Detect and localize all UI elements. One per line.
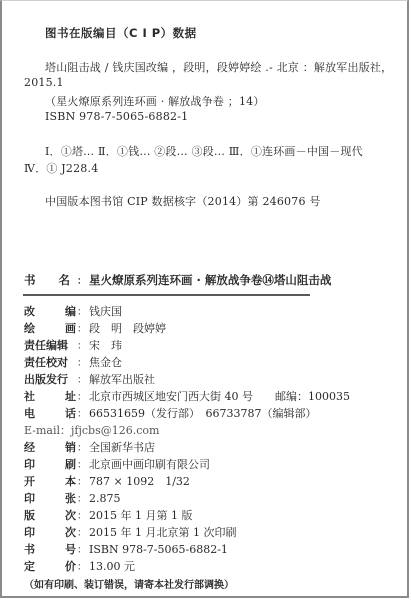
row-value: 北京市西城区地安门西大街 40 号 邮编：100035	[89, 388, 350, 404]
colon: ：	[77, 473, 87, 488]
row-label: 经销	[24, 439, 76, 455]
row-value: 13.00 元	[89, 558, 135, 574]
colon: ：	[77, 272, 87, 287]
colophon-row-illustrator: 绘画 ： 段 明 段婷婷	[24, 320, 166, 336]
colon: ：	[77, 541, 87, 556]
colon: ：	[77, 507, 87, 522]
colophon-row-price: 定价 ： 13.00 元	[24, 558, 135, 574]
colon: ：	[77, 320, 87, 335]
row-label: 出版发行	[24, 371, 76, 387]
row-value: 2015 年 1 月第 1 版	[89, 507, 192, 523]
colophon-row-distributor: 经销 ： 全国新华书店	[24, 439, 155, 455]
cip-verification-number: 中国版本图书馆 CIP 数据核字（2014）第 246076 号	[45, 193, 321, 209]
email-text: E-mail：jfjcbs@126.com	[24, 422, 159, 438]
row-label: 改编	[24, 303, 76, 319]
row-label: 印刷	[24, 456, 76, 472]
cip-heading: 图书在版编目（C I P）数据	[45, 25, 197, 41]
row-label: 社址	[24, 388, 76, 404]
row-value: 全国新华书店	[89, 439, 155, 455]
cip-classification-line-2: Ⅳ．① J228.4	[24, 160, 98, 176]
row-label: 书号	[24, 541, 76, 557]
colon: ：	[77, 354, 87, 369]
row-label: 版次	[24, 507, 76, 523]
row-value: 2.875	[89, 492, 121, 505]
row-label: 责任校对	[24, 354, 76, 370]
colon: ：	[77, 456, 87, 471]
printing-error-notice: （如有印刷、装订错误，请寄本社发行部调换）	[24, 576, 234, 591]
row-label: 责任编辑	[24, 337, 76, 353]
cip-series-line: （星火燎原系列连环画 · 解放战争卷 ；14）	[45, 93, 265, 109]
row-label: 电话	[24, 405, 76, 421]
row-value: 北京画中画印刷有限公司	[89, 456, 210, 472]
row-value: 段 明 段婷婷	[89, 320, 166, 336]
book-title-label: 书 名	[24, 272, 76, 288]
title-divider	[23, 294, 310, 296]
row-value: 787 × 1092 1/32	[89, 473, 190, 489]
row-value: 解放军出版社	[89, 371, 155, 387]
colophon-row-publisher: 出版发行 ： 解放军出版社	[24, 371, 155, 387]
colophon-row-address: 社址 ： 北京市西城区地安门西大街 40 号 邮编：100035	[24, 388, 350, 404]
colon: ：	[77, 558, 87, 573]
colophon-row-printing: 印次 ： 2015 年 1 月北京第 1 次印刷	[24, 524, 236, 540]
colophon-row-adapter: 改编 ： 钱庆国	[24, 303, 122, 319]
row-value: 钱庆国	[89, 303, 122, 319]
colophon-row-proofreader: 责任校对 ： 焦金仓	[24, 354, 122, 370]
row-value: 宋 玮	[89, 337, 122, 353]
row-label: 开本	[24, 473, 76, 489]
colophon-row-email: E-mail：jfjcbs@126.com	[24, 422, 159, 438]
row-label: 印张	[24, 490, 76, 506]
cip-line-1: 塔山阻击战 / 钱庆国改编 ，段明，段婷婷绘 .- 北京 ：解放军出版社，	[45, 59, 392, 75]
colophon-row-format: 开本 ： 787 × 1092 1/32	[24, 473, 190, 489]
colophon-row-sheets: 印张 ： 2.875	[24, 490, 121, 506]
book-title-line: 书 名 ： 星火燎原系列连环画 · 解放战争卷⑭塔山阻击战	[24, 272, 331, 288]
colophon-row-printer: 印刷 ： 北京画中画印刷有限公司	[24, 456, 210, 472]
cip-line-2: 2015.1	[24, 76, 64, 89]
colon: ：	[77, 405, 87, 420]
colon: ：	[77, 524, 87, 539]
row-label: 印次	[24, 524, 76, 540]
cip-classification-line: Ⅰ．①塔… Ⅱ．①钱… ②段… ③段… Ⅲ．①连环画－中国－现代	[45, 143, 363, 159]
row-label: 绘画	[24, 320, 76, 336]
colophon-row-phone: 电话 ： 66531659（发行部） 66733787（编辑部）	[24, 405, 316, 421]
row-value: ISBN 978-7-5065-6882-1	[89, 543, 228, 556]
colophon-row-editor: 责任编辑 ： 宋 玮	[24, 337, 122, 353]
colon: ：	[77, 337, 87, 352]
row-label: 定价	[24, 558, 76, 574]
book-title-value: 星火燎原系列连环画 · 解放战争卷⑭塔山阻击战	[89, 272, 331, 288]
row-value: 焦金仓	[89, 354, 122, 370]
cip-isbn-line: ISBN 978-7-5065-6882-1	[45, 110, 188, 123]
colophon-row-isbn: 书号 ： ISBN 978-7-5065-6882-1	[24, 541, 228, 557]
colon: ：	[77, 303, 87, 318]
colon: ：	[77, 388, 87, 403]
row-value: 66531659（发行部） 66733787（编辑部）	[89, 405, 316, 421]
colophon-row-edition: 版次 ： 2015 年 1 月第 1 版	[24, 507, 192, 523]
row-value: 2015 年 1 月北京第 1 次印刷	[89, 524, 236, 540]
colon: ：	[77, 490, 87, 505]
colon: ：	[77, 371, 87, 386]
colon: ：	[77, 439, 87, 454]
